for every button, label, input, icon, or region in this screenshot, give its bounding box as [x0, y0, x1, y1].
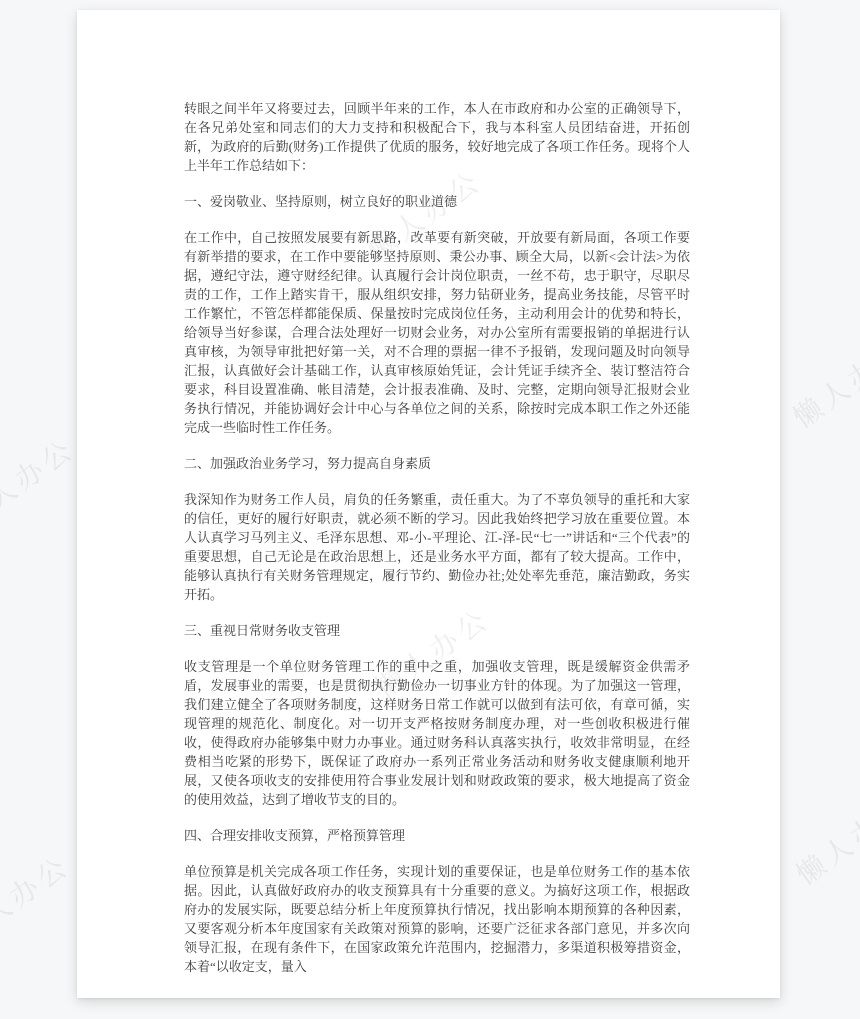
document-body: 转眼之间半年又将要过去，回顾半年来的工作，本人在市政府和办公室的正确领导下，在各… [184, 99, 690, 993]
watermark-text: 懒人办公 [0, 428, 83, 536]
watermark-text: 懒人办公 [787, 785, 860, 893]
paragraph-intro: 转眼之间半年又将要过去，回顾半年来的工作，本人在市政府和办公室的正确领导下，在各… [184, 99, 690, 175]
paragraph-section-3: 收支管理是一个单位财务管理工作的重中之重，加强收支管理，既是缓解资金供需矛盾，发… [184, 657, 690, 809]
paragraph-section-1: 在工作中，自己按照发展要有新思路，改革要有新突破，开放要有新局面，各项工作要有新… [184, 228, 690, 437]
section-heading-1: 一、爱岗敬业、坚持原则，树立良好的职业道德 [184, 192, 690, 211]
document-page: 转眼之间半年又将要过去，回顾半年来的工作，本人在市政府和办公室的正确领导下，在各… [77, 10, 780, 998]
paragraph-section-2: 我深知作为财务工作人员，肩负的任务繁重，责任重大。为了不辜负领导的重托和大家的信… [184, 490, 690, 604]
watermark-text: 懒人办公 [784, 328, 860, 436]
section-heading-4: 四、合理安排收支预算，严格预算管理 [184, 826, 690, 845]
section-heading-3: 三、重视日常财务收支管理 [184, 621, 690, 640]
document-preview-stage: 转眼之间半年又将要过去，回顾半年来的工作，本人在市政府和办公室的正确领导下，在各… [0, 0, 860, 1019]
watermark-text: 懒人办公 [0, 845, 78, 953]
paragraph-section-4: 单位预算是机关完成各项工作任务，实现计划的重要保证，也是单位财务工作的基本依据。… [184, 862, 690, 976]
section-heading-2: 二、加强政治业务学习，努力提高自身素质 [184, 454, 690, 473]
